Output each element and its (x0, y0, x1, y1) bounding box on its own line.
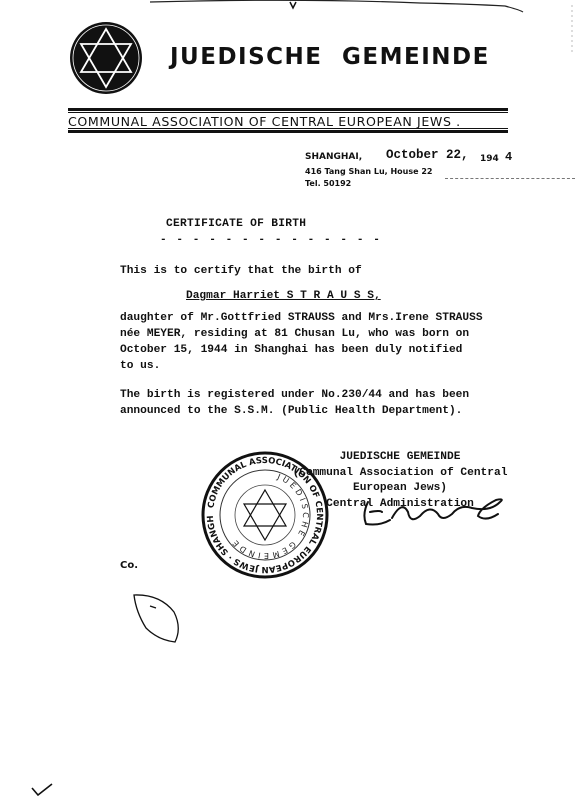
body-line: née MEYER, residing at 81 Chusan Lu, who… (120, 328, 469, 340)
subtitle-text: COMMUNAL ASSOCIATION OF CENTRAL EUROPEAN… (68, 114, 452, 129)
city-label: SHANGHAI, (305, 152, 362, 162)
organization-subtitle: COMMUNAL ASSOCIATION OF CENTRAL EUROPEAN… (68, 114, 461, 129)
child-name: Dagmar Harriet S T R A U S S, (186, 290, 381, 302)
rule-divider (68, 108, 508, 111)
body-line: October 15, 1944 in Shanghai has been du… (120, 344, 462, 356)
star-of-david-logo-icon (68, 20, 144, 96)
registration-line: announced to the S.S.M. (Public Health D… (120, 405, 462, 417)
rule-divider (68, 130, 508, 133)
organization-title: JUEDISCHE GEMEINDE (170, 44, 490, 70)
subtitle-trail: . (456, 114, 461, 129)
telephone: Tel. 50192 (305, 179, 351, 188)
certificate-title: CERTIFICATE OF BIRTH (166, 218, 306, 230)
signature-line: (Communal Association of Central (280, 466, 520, 482)
handwritten-signature (360, 494, 510, 530)
registration-line: The birth is registered under No.230/44 … (120, 389, 469, 401)
body-line: to us. (120, 360, 160, 372)
child-name-trail: , (374, 290, 381, 302)
address: 416 Tang Shan Lu, House 22 (305, 167, 432, 176)
cc-label: Co. (120, 560, 138, 571)
signature-line: JUEDISCHE GEMEINDE (280, 450, 520, 466)
title-dash-underline: - - - - - - - - - - - - - - (160, 234, 381, 246)
rule-divider (68, 112, 508, 113)
child-name-text: Dagmar Harriet S T R A U S S (186, 290, 374, 302)
body-line: daughter of Mr.Gottfried STRAUSS and Mrs… (120, 312, 483, 324)
rule-divider (68, 128, 508, 129)
year-suffix: 4 (505, 150, 512, 164)
pencil-loop-mark (130, 590, 190, 645)
date-dotted-line (445, 178, 575, 179)
year-prefix: 194 (480, 154, 499, 164)
issue-date: October 22, (386, 148, 469, 162)
intro-line: This is to certify that the birth of (120, 265, 362, 277)
check-mark-icon (30, 782, 60, 796)
